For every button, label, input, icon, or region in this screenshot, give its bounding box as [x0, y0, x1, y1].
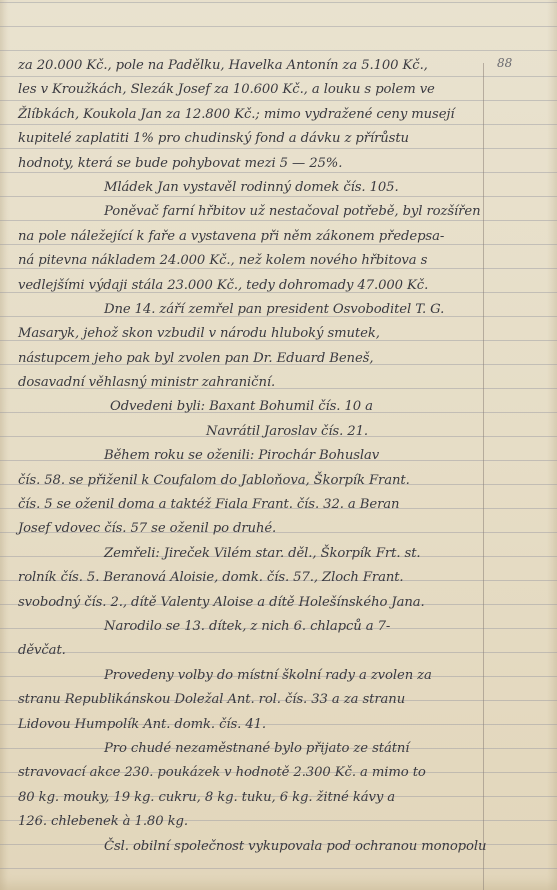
text-line: stravovací akce 230. poukázek v hodnotě …: [18, 761, 488, 785]
text-line: Poněvač farní hřbitov už nestačoval potř…: [18, 200, 488, 224]
handwritten-text-body: za 20.000 Kč., pole na Padělku, Havelka …: [18, 54, 488, 859]
text-line: čís. 58. se přiženil k Coufalom do Jablo…: [18, 469, 488, 493]
text-line: Zemřeli: Jireček Vilém star. děl., Škorp…: [18, 542, 488, 566]
text-line: na pole náležející k faře a vystavena př…: [18, 225, 488, 249]
handwritten-page: 88 za 20.000 Kč., pole na Padělku, Havel…: [0, 0, 557, 890]
text-line: Během roku se oženili: Pirochár Bohuslav: [18, 444, 488, 468]
text-line: Pro chudé nezaměstnané bylo přijato ze s…: [18, 737, 488, 761]
text-line: Masaryk, jehož skon vzbudil v národu hlu…: [18, 322, 488, 346]
text-line: Odvedeni byli: Baxant Bohumil čís. 10 a: [18, 395, 488, 419]
text-line: Provedeny volby do místní školní rady a …: [18, 664, 488, 688]
text-line: Čsl. obilní společnost vykupovala pod oc…: [18, 835, 488, 859]
text-line: děvčat.: [18, 639, 488, 663]
text-line: svobodný čís. 2., dítě Valenty Aloise a …: [18, 591, 488, 615]
text-line: kupitelé zaplatiti 1% pro chudinský fond…: [18, 127, 488, 151]
text-line: dosavadní věhlasný ministr zahraniční.: [18, 371, 488, 395]
text-line: 126. chlebenek à 1.80 kg.: [18, 810, 488, 834]
text-line: Narodilo se 13. dítek, z nich 6. chlapců…: [18, 615, 488, 639]
text-line: ná pitevna nákladem 24.000 Kč., než kole…: [18, 249, 488, 273]
text-line: Navrátil Jaroslav čís. 21.: [18, 420, 488, 444]
text-line: Žlíbkách, Koukola Jan za 12.800 Kč.; mim…: [18, 103, 488, 127]
text-line: Dne 14. září zemřel pan president Osvobo…: [18, 298, 488, 322]
text-line: rolník čís. 5. Beranová Aloisie, domk. č…: [18, 566, 488, 590]
text-line: nástupcem jeho pak byl zvolen pan Dr. Ed…: [18, 347, 488, 371]
text-line: Mládek Jan vystavěl rodinný domek čís. 1…: [18, 176, 488, 200]
text-line: vedlejšími výdaji stála 23.000 Kč., tedy…: [18, 274, 488, 298]
text-line: stranu Republikánskou Doležal Ant. rol. …: [18, 688, 488, 712]
text-line: Lidovou Humpolík Ant. domk. čís. 41.: [18, 713, 488, 737]
text-line: za 20.000 Kč., pole na Padělku, Havelka …: [18, 54, 488, 78]
page-number: 88: [497, 56, 512, 70]
text-line: 80 kg. mouky, 19 kg. cukru, 8 kg. tuku, …: [18, 786, 488, 810]
text-line: les v Kroužkách, Slezák Josef za 10.600 …: [18, 78, 488, 102]
text-line: čís. 5 se oženil doma a taktéž Fiala Fra…: [18, 493, 488, 517]
text-line: hodnoty, která se bude pohybovat mezi 5 …: [18, 152, 488, 176]
text-line: Josef vdovec čís. 57 se oženil po druhé.: [18, 517, 488, 541]
